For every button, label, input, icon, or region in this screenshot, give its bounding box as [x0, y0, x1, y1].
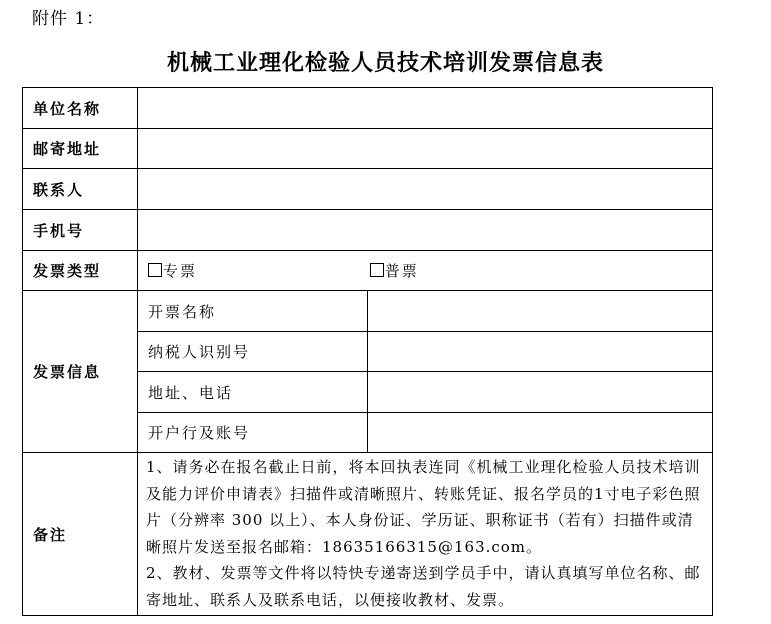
remarks-label: 备注 [23, 453, 138, 616]
bank-account-label: 开户行及账号 [138, 413, 368, 453]
invoice-type-options: 专票 普票 [138, 251, 713, 291]
remark-note-1: 1、请务必在报名截止日前，将本回执表连同《机械工业理化检验人员技术培训及能力评价… [146, 454, 708, 560]
contact-person-label: 联系人 [23, 169, 138, 210]
general-invoice-option[interactable]: 普票 [370, 260, 419, 281]
mailing-address-label: 邮寄地址 [23, 129, 138, 169]
invoice-type-label: 发票类型 [23, 251, 138, 291]
table-row: 邮寄地址 [23, 129, 713, 169]
table-row: 发票类型 专票 普票 [23, 251, 713, 291]
contact-person-field[interactable] [138, 169, 713, 210]
invoice-title-field[interactable] [368, 291, 713, 332]
checkbox-icon[interactable] [370, 263, 384, 277]
checkbox-icon[interactable] [148, 263, 162, 277]
table-row: 联系人 [23, 169, 713, 210]
special-invoice-option[interactable]: 专票 [148, 260, 197, 281]
mobile-field[interactable] [138, 210, 713, 251]
table-row: 备注 1、请务必在报名截止日前，将本回执表连同《机械工业理化检验人员技术培训及能… [23, 453, 713, 616]
remark-note-2: 2、教材、发票等文件将以特快专递寄送到学员手中，请认真填写单位名称、邮寄地址、联… [146, 560, 708, 613]
table-row: 发票信息 开票名称 [23, 291, 713, 332]
mailing-address-field[interactable] [138, 129, 713, 169]
taxpayer-id-label: 纳税人识别号 [138, 332, 368, 372]
remarks-content: 1、请务必在报名截止日前，将本回执表连同《机械工业理化检验人员技术培训及能力评价… [138, 453, 713, 616]
taxpayer-id-field[interactable] [368, 332, 713, 372]
page-title: 机械工业理化检验人员技术培训发票信息表 [0, 46, 771, 77]
table-row: 手机号 [23, 210, 713, 251]
invoice-info-label: 发票信息 [23, 291, 138, 453]
bank-account-field[interactable] [368, 413, 713, 453]
mobile-label: 手机号 [23, 210, 138, 251]
invoice-info-table: 单位名称 邮寄地址 联系人 手机号 发票类型 专票 普票 发票信息 开票名称 纳… [22, 87, 713, 616]
address-phone-label: 地址、电话 [138, 372, 368, 413]
unit-name-field[interactable] [138, 88, 713, 129]
attachment-label: 附件 1： [32, 4, 104, 29]
invoice-title-label: 开票名称 [138, 291, 368, 332]
table-row: 单位名称 [23, 88, 713, 129]
unit-name-label: 单位名称 [23, 88, 138, 129]
address-phone-field[interactable] [368, 372, 713, 413]
